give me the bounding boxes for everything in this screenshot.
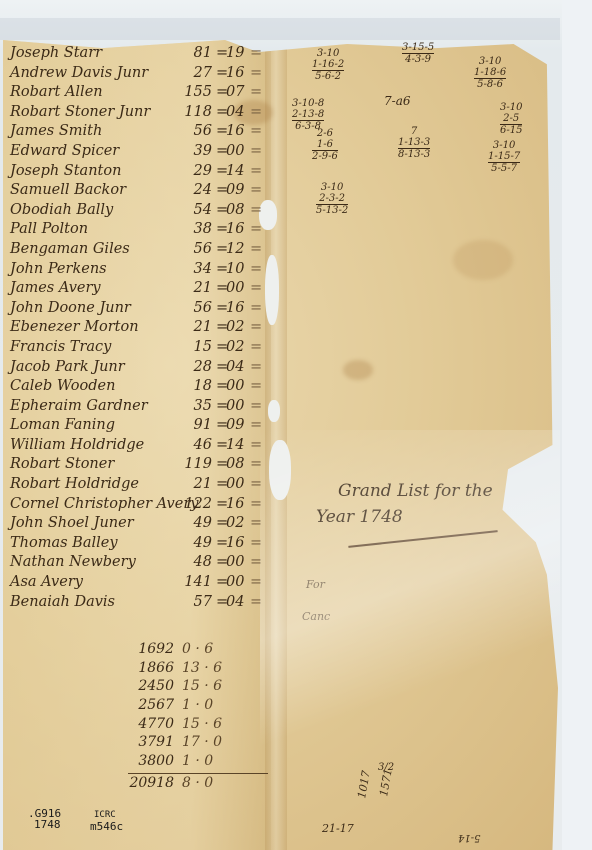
shillings-value: 10 — [226, 260, 244, 280]
shillings-value: 14 — [226, 436, 244, 456]
ledger-list: Joseph Starr81=19=Andrew Davis Junr27=16… — [10, 44, 270, 612]
shillings-value: 00 — [226, 377, 244, 397]
subtotal-value: 2567 — [128, 696, 174, 715]
calculation-7: 2-6 1-6 2-9-6 — [312, 128, 338, 162]
shillings-value: 00 — [226, 397, 244, 417]
ledger-row: Asa Avery141=00= — [10, 573, 270, 593]
pounds-value: 39 — [178, 142, 212, 162]
ledger-row: Robart Stoner Junr118=04= — [10, 103, 270, 123]
shillings-value: 09 — [226, 416, 244, 436]
shillings-value: 12 — [226, 240, 244, 260]
separator: = — [250, 142, 262, 162]
pounds-value: 155 — [178, 83, 212, 103]
taxpayer-name: John Doone Junr — [10, 299, 131, 319]
ledger-row: Andrew Davis Junr27=16= — [10, 64, 270, 84]
separator: = — [250, 436, 262, 456]
shillings-value: 02 — [226, 318, 244, 338]
separator: = — [250, 260, 262, 280]
calculation-4: 3-10-8 2-13-8 6-3-8 — [292, 98, 324, 132]
ledger-row: John Doone Junr56=16= — [10, 299, 270, 319]
grand-total-value: 20918 — [128, 774, 174, 793]
calculation-6: 3-10 2-5 6-15 — [500, 102, 522, 136]
taxpayer-name: Robart Stoner — [10, 455, 114, 475]
pounds-value: 29 — [178, 162, 212, 182]
shillings-value: 07 — [226, 83, 244, 103]
shillings-value: 16 — [226, 64, 244, 84]
separator: = — [250, 593, 262, 613]
pounds-value: 21 — [178, 279, 212, 299]
margin-note-canc: Canc — [302, 610, 330, 623]
calculation-1: 3-10 1-16-2 5-6-2 — [312, 48, 344, 82]
subtotal-value: 1866 — [128, 659, 174, 678]
pounds-value: 49 — [178, 514, 212, 534]
shillings-value: 00 — [226, 475, 244, 495]
taxpayer-name: Joseph Starr — [10, 44, 102, 64]
subtotal-row: 379117 · 0 — [128, 733, 268, 752]
taxpayer-name: Nathan Newbery — [10, 553, 136, 573]
separator: = — [250, 455, 262, 475]
pounds-value: 56 — [178, 240, 212, 260]
separator: = — [250, 573, 262, 593]
sleeve-top-band — [0, 18, 560, 40]
taxpayer-name: Caleb Wooden — [10, 377, 115, 397]
subtotal-rest: 15 · 6 — [182, 678, 222, 694]
stain — [343, 360, 373, 380]
separator: = — [250, 397, 262, 417]
ledger-row: Joseph Starr81=19= — [10, 44, 270, 64]
subtotal-row: 16920 · 6 — [128, 640, 268, 659]
taxpayer-name: John Perkens — [10, 260, 107, 280]
pounds-value: 56 — [178, 122, 212, 142]
separator: = — [250, 318, 262, 338]
taxpayer-name: Edward Spicer — [10, 142, 119, 162]
catalog-collection: ICRC m546c — [90, 810, 123, 832]
separator: = — [250, 495, 262, 515]
ledger-row: Jacob Park Junr28=04= — [10, 358, 270, 378]
pounds-value: 122 — [178, 495, 212, 515]
shillings-value: 19 — [226, 44, 244, 64]
ledger-row: James Smith56=16= — [10, 122, 270, 142]
ledger-row: John Perkens34=10= — [10, 260, 270, 280]
subtotal-rest: 1 · 0 — [182, 697, 213, 713]
ledger-row: Caleb Wooden18=00= — [10, 377, 270, 397]
separator: = — [250, 122, 262, 142]
ledger-row: Thomas Balley49=16= — [10, 534, 270, 554]
shillings-value: 16 — [226, 220, 244, 240]
pounds-value: 57 — [178, 593, 212, 613]
stain — [453, 240, 513, 280]
ledger-row: Ebenezer Morton21=02= — [10, 318, 270, 338]
subtotal-row: 38001 · 0 — [128, 752, 268, 771]
taxpayer-name: Obodiah Bally — [10, 201, 113, 221]
pounds-value: 21 — [178, 318, 212, 338]
separator: = — [250, 299, 262, 319]
taxpayer-name: James Smith — [10, 122, 102, 142]
separator: = — [250, 377, 262, 397]
calculation-8: 7 1-13-3 8-13-3 — [398, 126, 430, 160]
taxpayer-name: Pall Polton — [10, 220, 88, 240]
taxpayer-name: Andrew Davis Junr — [10, 64, 148, 84]
ledger-row: Joseph Stanton29=14= — [10, 162, 270, 182]
separator: = — [250, 220, 262, 240]
shillings-value: 16 — [226, 534, 244, 554]
taxpayer-name: Robart Allen — [10, 83, 103, 103]
separator: = — [250, 103, 262, 123]
separator: = — [250, 240, 262, 260]
subtotal-value: 3800 — [128, 752, 174, 771]
separator: = — [250, 338, 262, 358]
separator: = — [250, 44, 262, 64]
pounds-value: 56 — [178, 299, 212, 319]
subtotal-rest: 1 · 0 — [182, 753, 213, 769]
subtotal-rest: 17 · 0 — [182, 734, 222, 750]
taxpayer-name: Jacob Park Junr — [10, 358, 125, 378]
shillings-value: 08 — [226, 455, 244, 475]
separator: = — [250, 416, 262, 436]
taxpayer-name: James Avery — [10, 279, 101, 299]
shillings-value: 14 — [226, 162, 244, 182]
shillings-value: 04 — [226, 358, 244, 378]
taxpayer-name: William Holdridge — [10, 436, 144, 456]
shillings-value: 09 — [226, 181, 244, 201]
separator: = — [250, 279, 262, 299]
pounds-value: 141 — [178, 573, 212, 593]
pounds-value: 119 — [178, 455, 212, 475]
subtotal-row: 25671 · 0 — [128, 696, 268, 715]
separator: = — [250, 534, 262, 554]
pounds-value: 28 — [178, 358, 212, 378]
ledger-row: Samuell Backor24=09= — [10, 181, 270, 201]
subtotal-value: 1692 — [128, 640, 174, 659]
shillings-value: 08 — [226, 201, 244, 221]
ledger-row: Epheraim Gardner35=00= — [10, 397, 270, 417]
taxpayer-name: Ebenezer Morton — [10, 318, 139, 338]
ledger-row: Robart Stoner119=08= — [10, 455, 270, 475]
ledger-row: Bengaman Giles56=12= — [10, 240, 270, 260]
taxpayer-name: Francis Tracy — [10, 338, 111, 358]
shillings-value: 00 — [226, 573, 244, 593]
shillings-value: 00 — [226, 553, 244, 573]
bottom-note: 21-17 — [322, 822, 354, 835]
separator: = — [250, 162, 262, 182]
ledger-row: Edward Spicer39=00= — [10, 142, 270, 162]
taxpayer-name: Benaiah Davis — [10, 593, 115, 613]
separator: = — [250, 553, 262, 573]
ledger-row: Robart Holdridge21=00= — [10, 475, 270, 495]
paper-hole — [269, 440, 291, 500]
separator: = — [250, 201, 262, 221]
ledger-row: Benaiah Davis57=04= — [10, 593, 270, 613]
pounds-value: 91 — [178, 416, 212, 436]
subtotal-rest: 13 · 6 — [182, 660, 222, 676]
taxpayer-name: Thomas Balley — [10, 534, 118, 554]
ledger-row: Pall Polton38=16= — [10, 220, 270, 240]
grand-total-row: 209188 · 0 — [128, 773, 268, 793]
separator: = — [250, 475, 262, 495]
subtotal-value: 3791 — [128, 733, 174, 752]
ledger-row: William Holdridge46=14= — [10, 436, 270, 456]
shillings-value: 02 — [226, 514, 244, 534]
ledger-row: Robart Allen155=07= — [10, 83, 270, 103]
shillings-value: 04 — [226, 103, 244, 123]
subtotal-row: 477015 · 6 — [128, 715, 268, 734]
pounds-value: 49 — [178, 534, 212, 554]
taxpayer-name: Samuell Backor — [10, 181, 126, 201]
pounds-value: 27 — [178, 64, 212, 84]
pounds-value: 21 — [178, 475, 212, 495]
document-title: Grand List for the Year 1748 — [316, 478, 493, 530]
taxpayer-name: Joseph Stanton — [10, 162, 121, 182]
calculation-9: 3-10 1-15-7 5-5-7 — [488, 140, 520, 174]
separator: = — [250, 181, 262, 201]
shillings-value: 16 — [226, 495, 244, 515]
catalog-number: .G916 1748 — [28, 808, 61, 830]
ledger-row: James Avery21=00= — [10, 279, 270, 299]
taxpayer-name: John Shoel Juner — [10, 514, 134, 534]
sleeve-right-edge — [562, 0, 592, 850]
taxpayer-name: Robart Holdridge — [10, 475, 139, 495]
shillings-value: 04 — [226, 593, 244, 613]
calculation-3: 3-10 1-18-6 5-8-6 — [474, 56, 506, 90]
subtotal-rest: 15 · 6 — [182, 716, 222, 732]
ledger-row: Loman Faning91=09= — [10, 416, 270, 436]
taxpayer-name: Cornel Christopher Avery — [10, 495, 198, 515]
taxpayer-name: Loman Faning — [10, 416, 115, 436]
pounds-value: 46 — [178, 436, 212, 456]
separator: = — [250, 358, 262, 378]
calculation-5: 7-a6 — [384, 96, 410, 107]
pounds-value: 118 — [178, 103, 212, 123]
shillings-value: 00 — [226, 279, 244, 299]
separator: = — [250, 64, 262, 84]
calculation-10: 3-10 2-3-2 5-13-2 — [316, 182, 348, 216]
subtotal-value: 4770 — [128, 715, 174, 734]
pounds-value: 54 — [178, 201, 212, 221]
shillings-value: 16 — [226, 122, 244, 142]
separator: = — [250, 514, 262, 534]
subtotal-row: 245015 · 6 — [128, 677, 268, 696]
pounds-value: 38 — [178, 220, 212, 240]
grand-total-rest: 8 · 0 — [182, 775, 213, 791]
pounds-value: 34 — [178, 260, 212, 280]
subtotal-rest: 0 · 6 — [182, 641, 213, 657]
shillings-value: 16 — [226, 299, 244, 319]
taxpayer-name: Asa Avery — [10, 573, 83, 593]
ledger-row: Cornel Christopher Avery122=16= — [10, 495, 270, 515]
shillings-value: 02 — [226, 338, 244, 358]
pounds-value: 35 — [178, 397, 212, 417]
margin-note-for: For — [306, 578, 325, 591]
pounds-value: 18 — [178, 377, 212, 397]
shillings-value: 00 — [226, 142, 244, 162]
bottom-note: 5-14 — [458, 832, 480, 843]
subtotal-value: 2450 — [128, 677, 174, 696]
pounds-value: 15 — [178, 338, 212, 358]
totals-column: 16920 · 6186613 · 6245015 · 625671 · 047… — [128, 640, 268, 793]
taxpayer-name: Robart Stoner Junr — [10, 103, 150, 123]
ledger-row: Francis Tracy15=02= — [10, 338, 270, 358]
pounds-value: 81 — [178, 44, 212, 64]
calculation-2: 3-15-5 4-3-9 — [402, 42, 434, 65]
taxpayer-name: Epheraim Gardner — [10, 397, 148, 417]
subtotal-row: 186613 · 6 — [128, 659, 268, 678]
ledger-row: Nathan Newbery48=00= — [10, 553, 270, 573]
taxpayer-name: Bengaman Giles — [10, 240, 130, 260]
separator: = — [250, 83, 262, 103]
pounds-value: 48 — [178, 553, 212, 573]
ledger-row: Obodiah Bally54=08= — [10, 201, 270, 221]
pounds-value: 24 — [178, 181, 212, 201]
ledger-row: John Shoel Juner49=02= — [10, 514, 270, 534]
